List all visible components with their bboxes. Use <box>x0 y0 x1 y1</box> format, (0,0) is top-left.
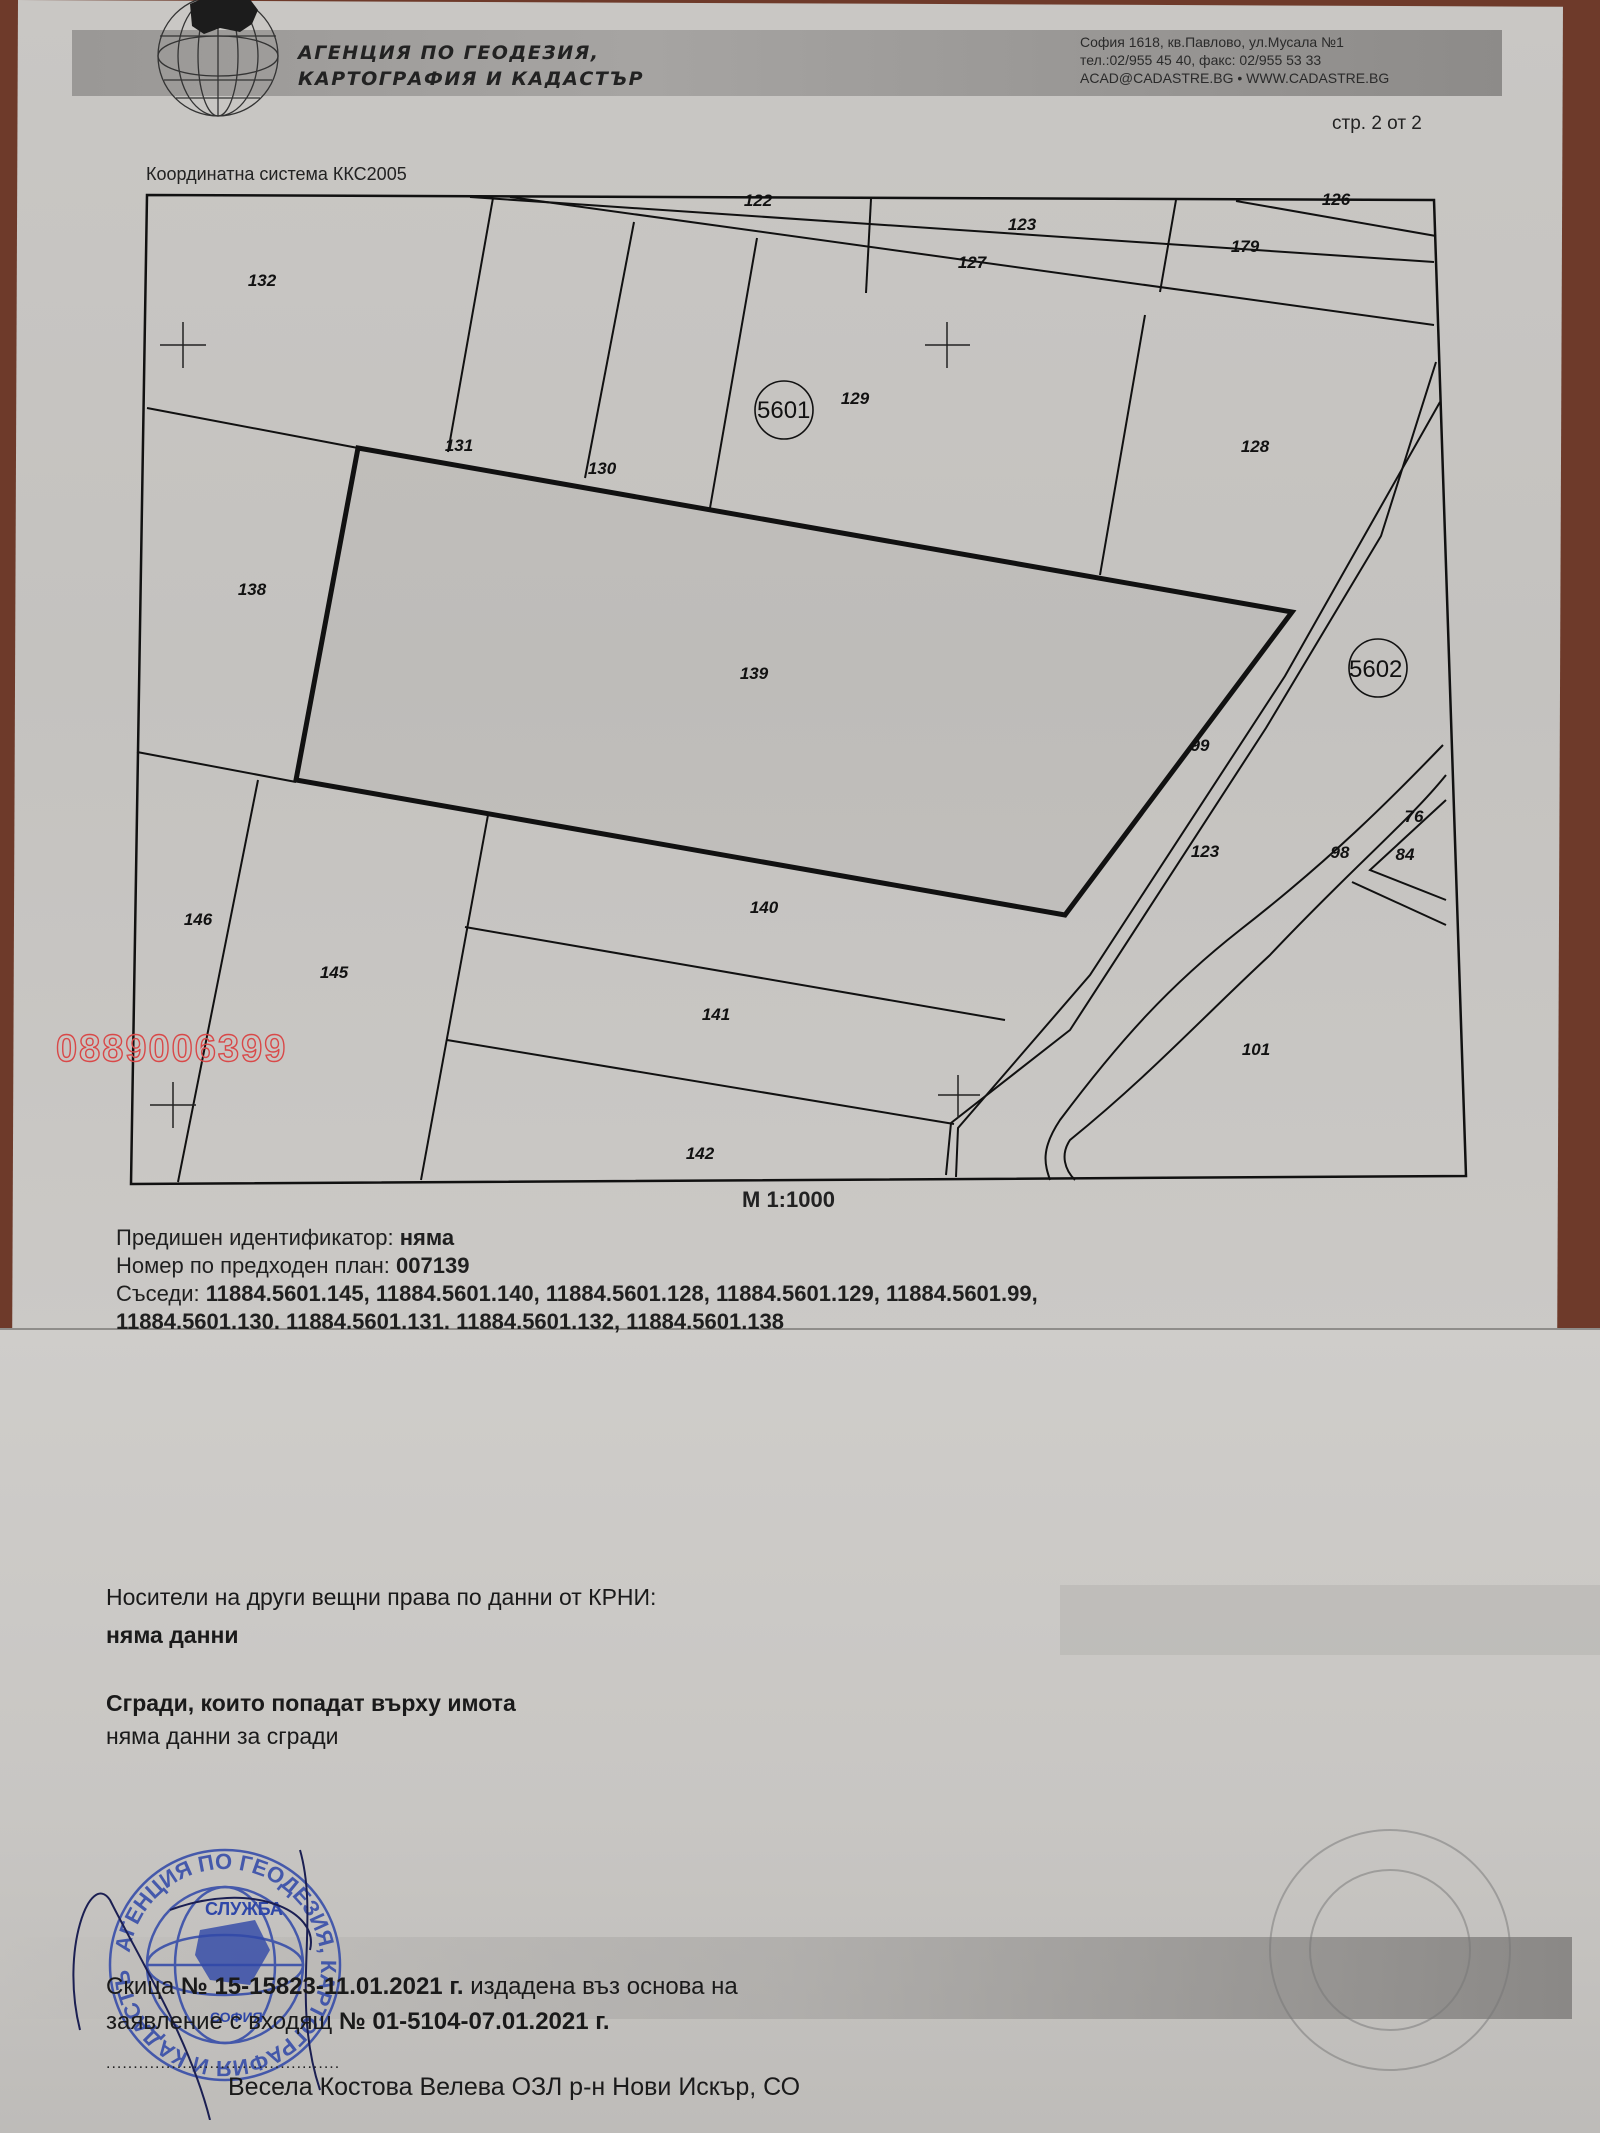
svg-text:127: 127 <box>958 253 988 272</box>
neighbors-continued: 11884.5601.130. 11884.5601.131. 11884.56… <box>116 1309 784 1335</box>
previous-identifier-value: няма <box>400 1225 454 1250</box>
svg-text:98: 98 <box>1331 843 1350 862</box>
buildings-heading: Сгради, които попадат върху имота <box>106 1690 516 1717</box>
svg-text:142: 142 <box>686 1144 715 1163</box>
svg-text:5601: 5601 <box>757 397 810 424</box>
cadastral-map: 5601 5602 132 122 123 126 127 179 129 12… <box>0 0 1600 1200</box>
svg-text:123: 123 <box>1008 215 1037 234</box>
svg-text:126: 126 <box>1322 190 1351 209</box>
neighbors-line1: 11884.5601.145, 11884.5601.140, 11884.56… <box>206 1281 1038 1306</box>
svg-text:84: 84 <box>1396 845 1415 864</box>
neighbors-line2: 11884.5601.130. 11884.5601.131. 11884.56… <box>116 1309 784 1334</box>
sketch-number: № 15-15823-11.01.2021 г. <box>181 1973 464 2000</box>
buildings-value: няма данни за сгради <box>106 1723 338 1750</box>
svg-text:132: 132 <box>248 271 277 290</box>
svg-text:138: 138 <box>238 580 267 599</box>
previous-identifier: Предишен идентификатор: няма <box>116 1225 454 1251</box>
svg-text:128: 128 <box>1241 437 1270 456</box>
svg-text:140: 140 <box>750 898 779 917</box>
svg-text:139: 139 <box>740 664 769 683</box>
sketch-prefix: Скица <box>106 1973 174 2000</box>
svg-text:5602: 5602 <box>1349 656 1402 683</box>
svg-text:99: 99 <box>1191 736 1210 755</box>
svg-text:145: 145 <box>320 963 349 982</box>
svg-text:76: 76 <box>1405 807 1424 826</box>
signature-line: ........................................… <box>106 2055 340 2073</box>
svg-text:179: 179 <box>1231 237 1260 256</box>
svg-text:146: 146 <box>184 910 213 929</box>
svg-text:122: 122 <box>744 191 773 210</box>
sketch-suffix: издадена въз основа на <box>470 1973 738 2000</box>
previous-identifier-label: Предишен идентификатор: <box>116 1225 394 1250</box>
previous-plan-label: Номер по предходен план: <box>116 1253 390 1278</box>
signatory-name: Весела Костова Велева ОЗЛ р-н Нови Искър… <box>228 2073 800 2102</box>
previous-plan-number: Номер по предходен план: 007139 <box>116 1253 469 1279</box>
map-scale: М 1:1000 <box>742 1187 835 1213</box>
application-prefix: заявление с входящ <box>106 2008 332 2035</box>
rights-heading: Носители на други вещни права по данни о… <box>106 1584 656 1611</box>
svg-text:101: 101 <box>1242 1040 1270 1059</box>
svg-text:123: 123 <box>1191 842 1220 861</box>
neighbors: Съседи: 11884.5601.145, 11884.5601.140, … <box>116 1281 1038 1307</box>
application-number: № 01-5104-07.01.2021 г. <box>339 2008 610 2035</box>
application-line: заявление с входящ № 01-5104-07.01.2021 … <box>106 2008 610 2036</box>
faded-stamp-icon <box>1240 1805 1540 2095</box>
watermark-phone: 0889006399 <box>56 1028 287 1071</box>
neighbors-label: Съседи: <box>116 1281 200 1306</box>
svg-text:131: 131 <box>445 436 473 455</box>
sketch-number-line: Скица № 15-15823-11.01.2021 г. издадена … <box>106 1973 738 2001</box>
previous-plan-value: 007139 <box>396 1253 469 1278</box>
svg-text:129: 129 <box>841 389 870 408</box>
rights-value: няма данни <box>106 1622 239 1649</box>
redaction-bar <box>1060 1585 1600 1655</box>
svg-text:130: 130 <box>588 459 617 478</box>
svg-text:141: 141 <box>702 1005 730 1024</box>
